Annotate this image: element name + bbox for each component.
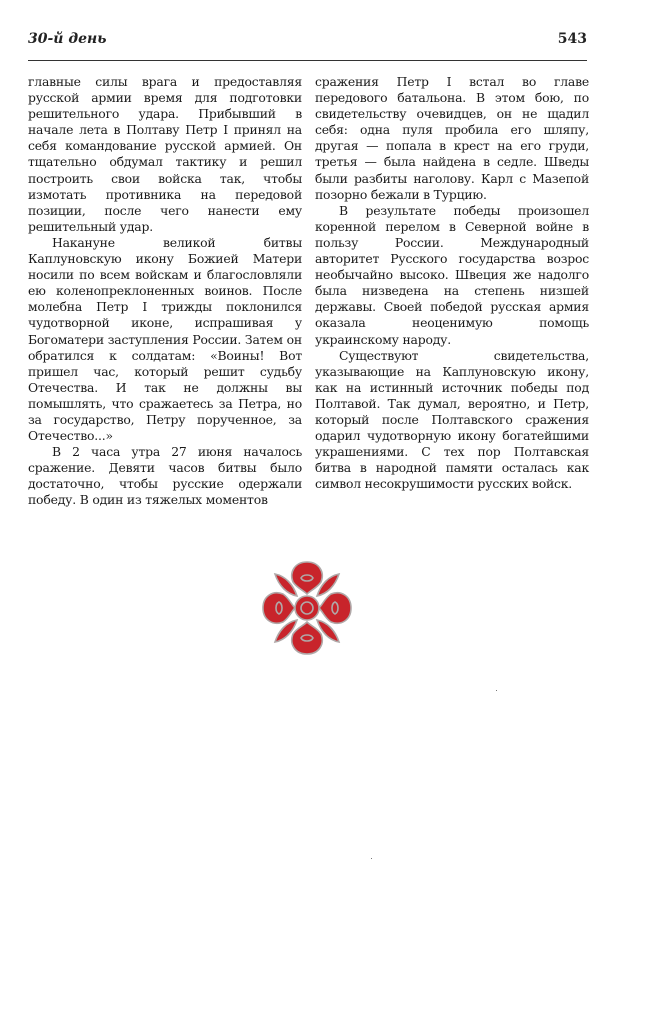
running-head: 30-й день 543: [28, 31, 587, 51]
left-column: главные силы врага и предоставляя русско…: [28, 74, 302, 509]
scan-speck: [496, 690, 497, 691]
section-title: 30-й день: [28, 31, 106, 47]
page-number: 543: [558, 31, 587, 47]
scan-speck: [371, 858, 372, 859]
right-column: сражения Петр I встал во главе передовог…: [315, 74, 589, 492]
book-page: 30-й день 543 главные силы врага и предо…: [0, 0, 657, 1033]
paragraph: Накануне великой битвы Каплуновскую икон…: [28, 235, 302, 444]
paragraph: Существуют свидетельства, указывающие на…: [315, 348, 589, 493]
paragraph: сражения Петр I встал во главе передовог…: [315, 74, 589, 203]
paragraph: В 2 часа утра 27 июня началось сражение.…: [28, 444, 302, 508]
floral-ornament-icon: [259, 558, 355, 658]
paragraph: В результате победы произошел коренной п…: [315, 203, 589, 348]
paragraph: главные силы врага и предоставляя русско…: [28, 74, 302, 235]
header-rule: [28, 60, 587, 61]
